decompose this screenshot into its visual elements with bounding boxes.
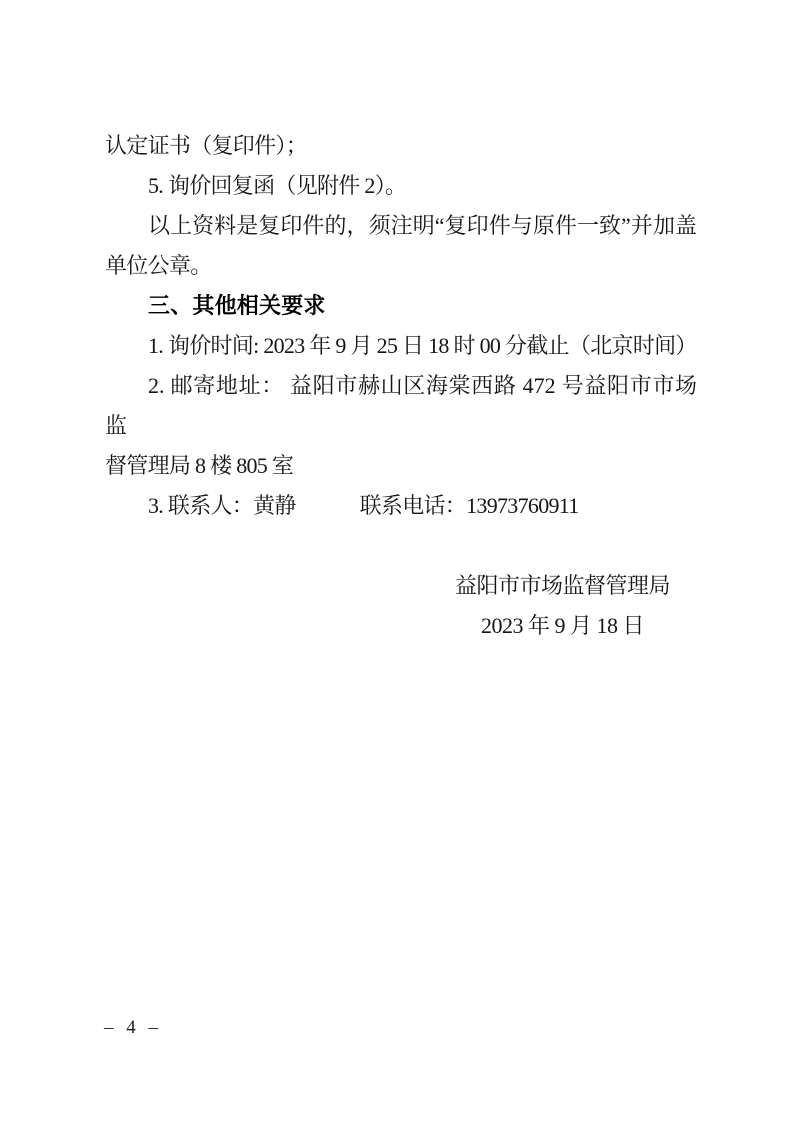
line-copy-note-1: 以上资料是复印件的，须注明“复印件与原件一致”并加盖 [105,206,697,246]
document-page: 认定证书（复印件）； 5. 询价回复函（见附件 2）。 以上资料是复印件的，须注… [0,0,793,1122]
line-mailing-address-1: 2. 邮寄地址： 益阳市赫山区海棠西路 472 号益阳市市场监 [105,366,697,446]
line-item-5-reply-letter: 5. 询价回复函（见附件 2）。 [105,166,697,206]
signature-date: 2023 年 9 月 18 日 [455,606,670,646]
page-number: – 4 – [104,1015,162,1041]
line-cert-copy: 认定证书（复印件）； [105,126,697,166]
line-contact-info: 3. 联系人：黄静 联系电话：13973760911 [105,486,697,526]
line-copy-note-2: 单位公章。 [105,246,697,286]
signature-org: 益阳市市场监督管理局 [455,566,670,606]
line-inquiry-deadline: 1. 询价时间: 2023 年 9 月 25 日 18 时 00 分截止（北京时… [105,326,697,366]
signature-block: 益阳市市场监督管理局 2023 年 9 月 18 日 [455,566,670,646]
line-mailing-address-2: 督管理局 8 楼 805 室 [105,446,697,486]
section-heading-other-requirements: 三、其他相关要求 [105,286,697,326]
document-body: 认定证书（复印件）； 5. 询价回复函（见附件 2）。 以上资料是复印件的，须注… [105,126,697,526]
